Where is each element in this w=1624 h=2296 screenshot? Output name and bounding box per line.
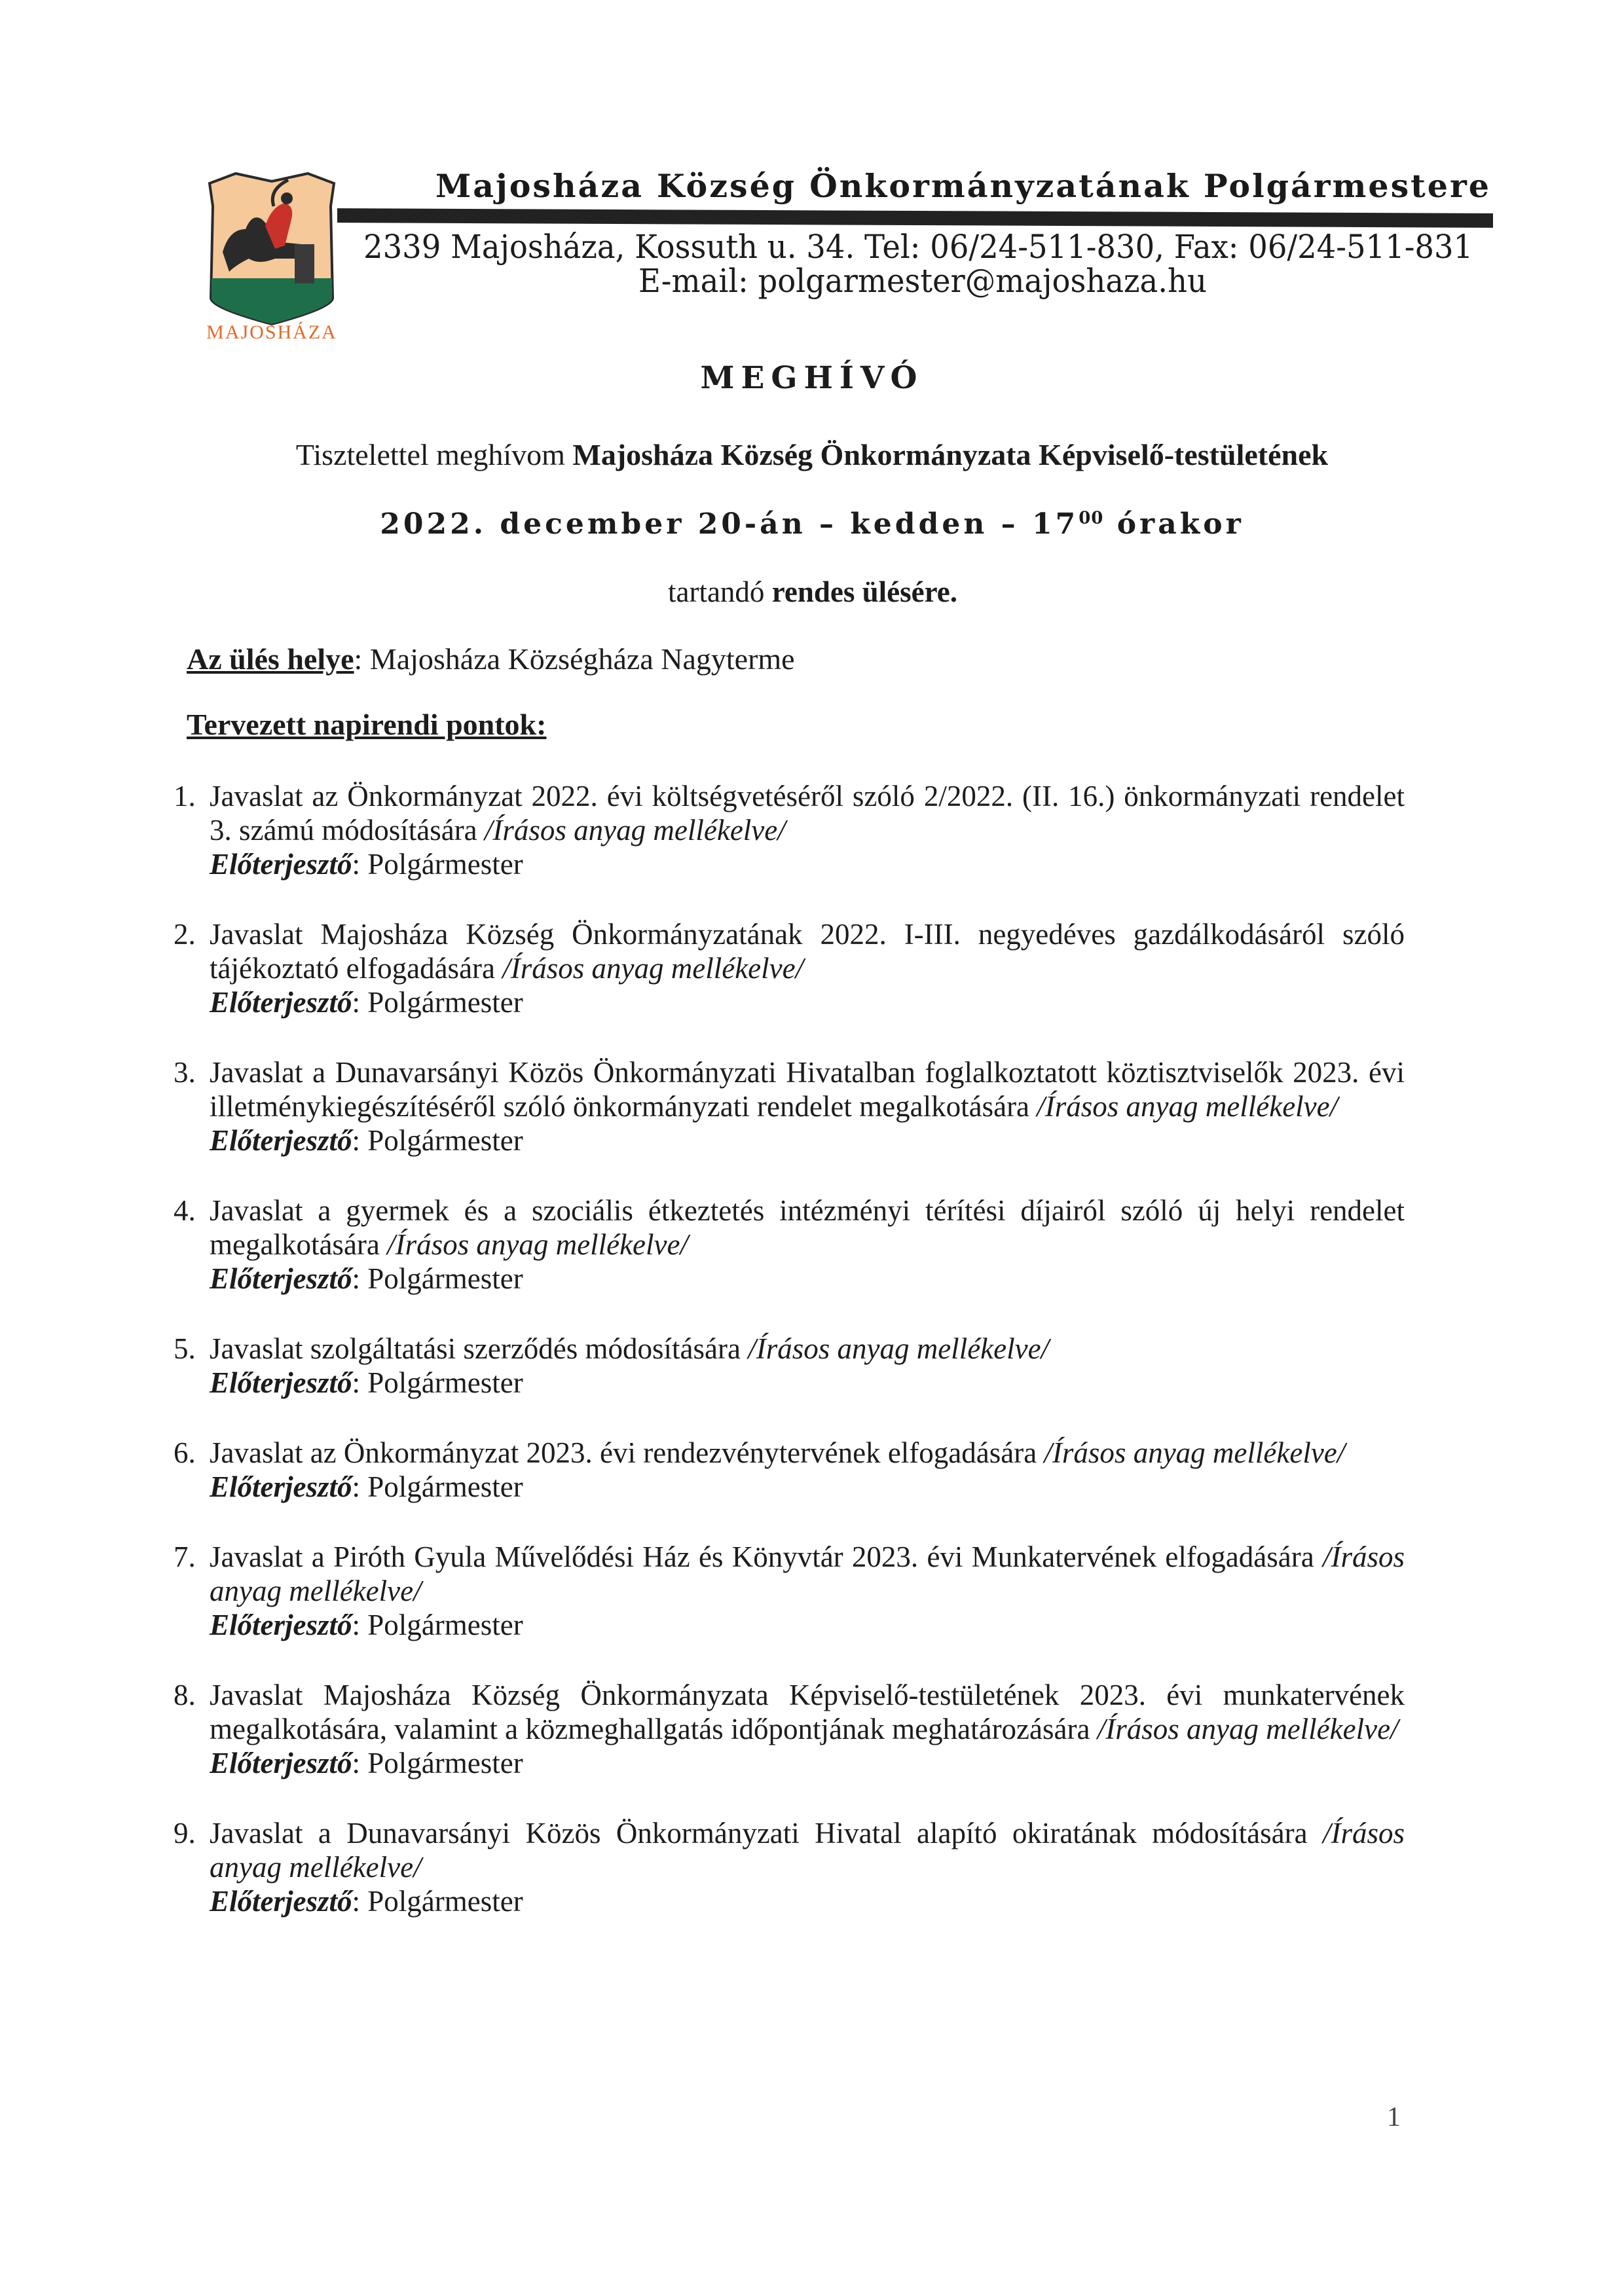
municipal-crest-logo: MAJOSHÁZA [196, 167, 347, 344]
svg-text:MAJOSHÁZA: MAJOSHÁZA [206, 321, 337, 343]
agenda-item-number: 1. [174, 779, 210, 881]
presenter-label: Előterjesztő [210, 1609, 352, 1641]
agenda-item-body: Javaslat a gyermek és a szociális étkezt… [210, 1194, 1405, 1296]
presenter-value: : Polgármester [352, 1366, 523, 1399]
agenda-item-body: Javaslat a Piróth Gyula Művelődési Ház é… [210, 1540, 1405, 1642]
held-bold: rendes ülésére. [772, 575, 957, 608]
presenter: Előterjesztő: Polgármester [210, 1608, 1405, 1642]
agenda-item-text: Javaslat a Dunavarsányi Közös Önkormányz… [210, 1817, 1323, 1850]
agenda-item: 7.Javaslat a Piróth Gyula Művelődési Ház… [174, 1540, 1405, 1642]
presenter-label: Előterjesztő [210, 1885, 352, 1918]
agenda-item: 8.Javaslat Majosháza Község Önkormányzat… [174, 1678, 1405, 1780]
presenter-value: : Polgármester [352, 848, 523, 881]
invitation-prefix: Tisztelettel meghívom [296, 438, 573, 471]
presenter-value: : Polgármester [352, 1747, 523, 1779]
presenter: Előterjesztő: Polgármester [210, 1123, 1405, 1157]
agenda-item: 4.Javaslat a gyermek és a szociális étke… [174, 1194, 1405, 1296]
presenter-label: Előterjesztő [210, 1366, 352, 1399]
presenter-label: Előterjesztő [210, 986, 352, 1019]
agenda-item-number: 6. [174, 1436, 210, 1504]
attachment-note: /Írásos anyag mellékelve/ [1037, 1090, 1338, 1123]
organization-name: Majosháza Község Önkormányzatának Polgár… [435, 167, 1491, 205]
agenda-item-number: 4. [174, 1194, 210, 1296]
page-number: 1 [1387, 2102, 1401, 2133]
agenda-item-number: 2. [174, 917, 210, 1019]
presenter-value: : Polgármester [352, 986, 523, 1019]
agenda-item: 6.Javaslat az Önkormányzat 2023. évi ren… [174, 1436, 1405, 1504]
attachment-note: /Írásos anyag mellékelve/ [485, 814, 786, 847]
agenda-item-text: Javaslat az Önkormányzat 2023. évi rende… [210, 1436, 1044, 1469]
presenter-value: : Polgármester [352, 1609, 523, 1641]
agenda-item-body: Javaslat az Önkormányzat 2022. évi költs… [210, 779, 1405, 881]
attachment-note: /Írásos anyag mellékelve/ [748, 1332, 1049, 1365]
invitation-body: Majosháza Község Önkormányzata Képviselő… [572, 438, 1328, 471]
presenter-label: Előterjesztő [210, 1747, 352, 1779]
presenter-value: : Polgármester [352, 1262, 523, 1295]
presenter: Előterjesztő: Polgármester [210, 1366, 1405, 1400]
presenter-label: Előterjesztő [210, 848, 352, 881]
attachment-note: /Írásos anyag mellékelve/ [502, 952, 803, 985]
date-suffix: órakor [1103, 507, 1244, 541]
agenda-item-text: Javaslat a Piróth Gyula Művelődési Ház é… [210, 1540, 1323, 1573]
time-minutes: 00 [1079, 508, 1103, 528]
attachment-note: /Írásos anyag mellékelve/ [387, 1228, 688, 1261]
agenda-item-body: Javaslat szolgáltatási szerződés módosít… [210, 1332, 1405, 1400]
presenter-label: Előterjesztő [210, 1124, 352, 1157]
meeting-date: 2022. december 20-án – kedden – 1700 óra… [0, 507, 1624, 541]
presenter-label: Előterjesztő [210, 1470, 352, 1503]
presenter: Előterjesztő: Polgármester [210, 1262, 1405, 1296]
presenter: Előterjesztő: Polgármester [210, 1746, 1405, 1780]
agenda-item: 3.Javaslat a Dunavarsányi Közös Önkormán… [174, 1055, 1405, 1157]
meeting-venue: Az ülés helye: Majosháza Községháza Nagy… [187, 642, 795, 676]
presenter-label: Előterjesztő [210, 1262, 352, 1295]
presenter-value: : Polgármester [352, 1885, 523, 1918]
meeting-type: tartandó rendes ülésére. [668, 575, 957, 609]
venue-value: : Majosháza Községháza Nagyterme [354, 642, 795, 676]
attachment-note: /Írásos anyag mellékelve/ [1044, 1436, 1345, 1469]
presenter: Előterjesztő: Polgármester [210, 985, 1405, 1019]
agenda-item: 2.Javaslat Majosháza Község Önkormányzat… [174, 917, 1405, 1019]
agenda-item-number: 5. [174, 1332, 210, 1400]
agenda-item-number: 7. [174, 1540, 210, 1642]
agenda-item: 9.Javaslat a Dunavarsányi Közös Önkormán… [174, 1816, 1405, 1918]
agenda-item: 1.Javaslat az Önkormányzat 2022. évi köl… [174, 779, 1405, 881]
agenda-item-number: 9. [174, 1816, 210, 1918]
agenda-item-number: 3. [174, 1055, 210, 1157]
date-text: 2022. december 20-án – kedden – 17 [380, 507, 1079, 541]
contact-email: E-mail: polgarmester@majoshaza.hu [638, 262, 1207, 300]
agenda-heading: Tervezett napirendi pontok: [187, 707, 546, 742]
presenter: Előterjesztő: Polgármester [210, 1884, 1405, 1918]
held-prefix: tartandó [668, 575, 772, 608]
agenda-item-body: Javaslat Majosháza Község Önkormányzatán… [210, 917, 1405, 1019]
presenter: Előterjesztő: Polgármester [210, 1470, 1405, 1504]
agenda-item-number: 8. [174, 1678, 210, 1780]
agenda-item-body: Javaslat az Önkormányzat 2023. évi rende… [210, 1436, 1405, 1504]
agenda-item-body: Javaslat a Dunavarsányi Közös Önkormányz… [210, 1816, 1405, 1918]
agenda-item-text: Javaslat az Önkormányzat 2022. évi költs… [210, 780, 1405, 847]
attachment-note: /Írásos anyag mellékelve/ [1098, 1713, 1399, 1745]
venue-label: Az ülés helye [187, 642, 354, 676]
document-title: MEGHÍVÓ [0, 360, 1624, 396]
agenda-item-body: Javaslat Majosháza Község Önkormányzata … [210, 1678, 1405, 1780]
agenda-list: 1.Javaslat az Önkormányzat 2022. évi köl… [174, 779, 1405, 1954]
agenda-item-text: Javaslat Majosháza Község Önkormányzatán… [210, 918, 1405, 985]
presenter-value: : Polgármester [352, 1470, 523, 1503]
invitation-line: Tisztelettel meghívom Majosháza Község Ö… [0, 437, 1624, 472]
presenter: Előterjesztő: Polgármester [210, 847, 1405, 881]
header-rule [337, 208, 1493, 228]
agenda-item: 5.Javaslat szolgáltatási szerződés módos… [174, 1332, 1405, 1400]
agenda-item-text: Javaslat szolgáltatási szerződés módosít… [210, 1332, 748, 1365]
presenter-value: : Polgármester [352, 1124, 523, 1157]
agenda-item-body: Javaslat a Dunavarsányi Közös Önkormányz… [210, 1055, 1405, 1157]
contact-address-phone: 2339 Majosháza, Kossuth u. 34. Tel: 06/2… [363, 228, 1473, 266]
